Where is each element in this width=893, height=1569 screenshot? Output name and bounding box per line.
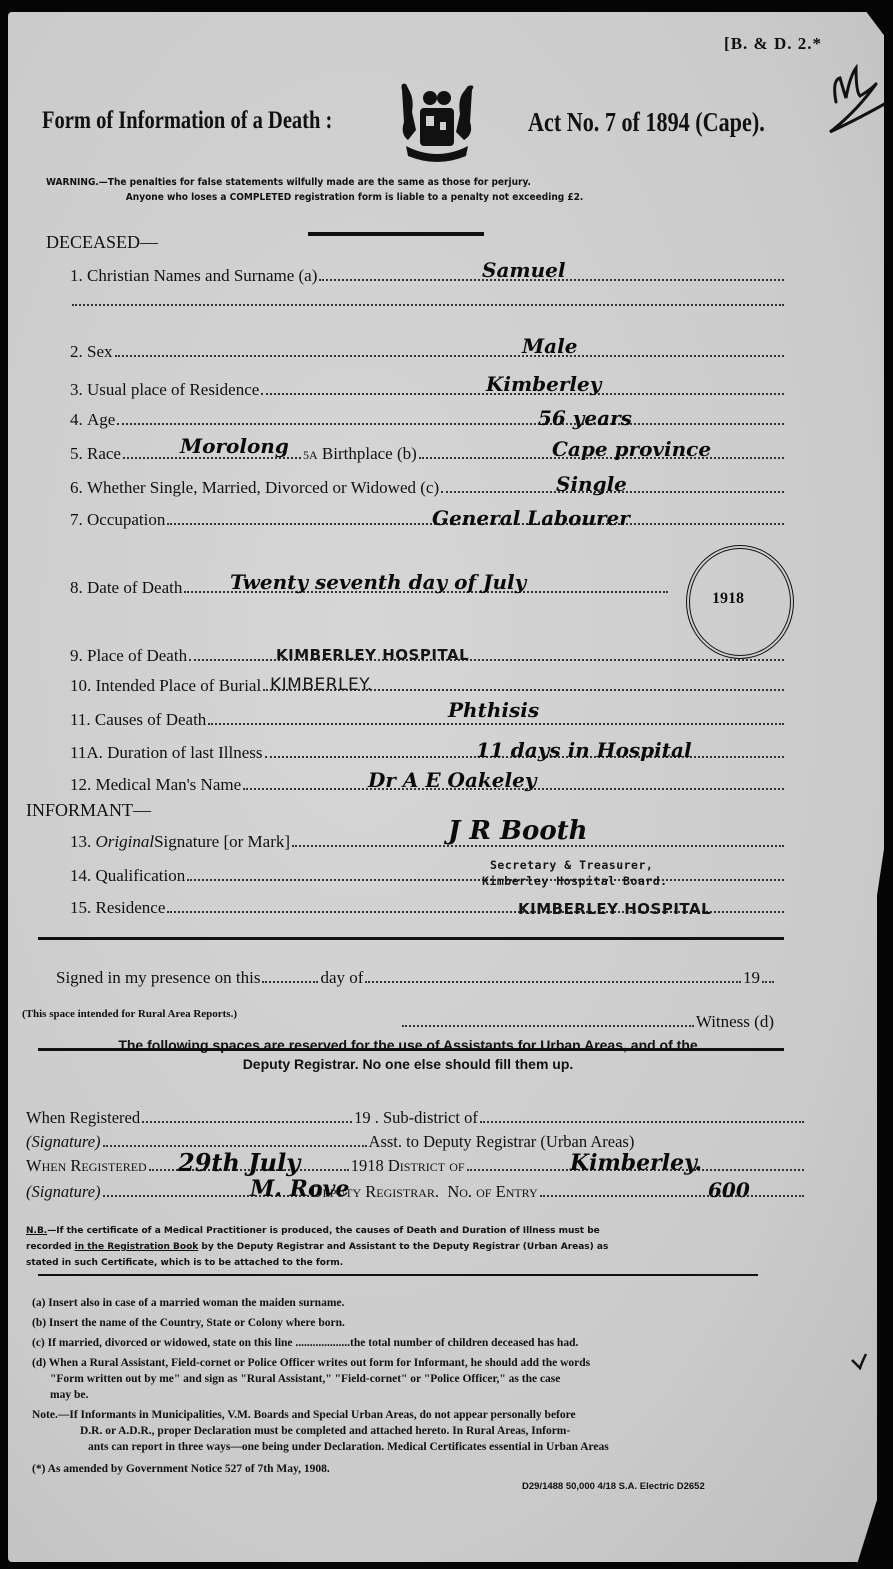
field-causes-of-death: 11. Causes of Death (70, 710, 786, 730)
form-title: Form of Information of a Death : (42, 107, 332, 135)
age-value[interactable]: 56 years (538, 406, 632, 430)
burial-place-stamp[interactable]: KIMBERLEY. (270, 675, 373, 695)
birthplace-value[interactable]: Cape province (552, 437, 711, 461)
death-form-paper: [B. & D. 2.* Form of Information of a De… (8, 12, 884, 1562)
field-occupation: 7. Occupation (70, 510, 786, 530)
rural-area-note: (This space intended for Rural Area Repo… (22, 1008, 237, 1020)
year-of-death[interactable]: 1918 (712, 590, 744, 608)
qualification-stamp-line1[interactable]: Secretary & Treasurer, (490, 858, 653, 872)
field-residence: 3. Usual place of Residence (70, 380, 786, 400)
warning-text: WARNING.—The penalties for false stateme… (46, 175, 583, 205)
registrar-signature[interactable]: M. Rove (250, 1176, 349, 1202)
divider (308, 232, 484, 236)
divider (38, 1274, 758, 1276)
entry-number-value[interactable]: 600 (708, 1178, 750, 1202)
field-marital-status: 6. Whether Single, Married, Divorced or … (70, 478, 786, 498)
act-reference: Act No. 7 of 1894 (Cape). (528, 107, 765, 138)
coat-of-arms-icon (392, 78, 482, 168)
place-of-death-stamp[interactable]: KIMBERLEY HOSPITAL (276, 646, 469, 664)
when-registered-row-1: When Registered19 . Sub-district of (26, 1108, 806, 1128)
reserved-spaces-notice: The following spaces are reserved for th… (8, 1036, 808, 1074)
footnotes: (a) Insert also in case of a married wom… (32, 1295, 792, 1481)
handwritten-initial-mark (826, 62, 892, 142)
check-mark-icon (850, 1352, 870, 1372)
occupation-value[interactable]: General Labourer (432, 506, 630, 530)
form-code: [B. & D. 2.* (724, 34, 822, 54)
assistant-signature-row: (Signature)Asst. to Deputy Registrar (Ur… (26, 1132, 806, 1152)
deputy-registrar-row: (Signature)Deputy Registrar. No. of Entr… (26, 1182, 806, 1202)
causes-of-death-value[interactable]: Phthisis (448, 698, 539, 722)
race-value[interactable]: Morolong (180, 434, 289, 458)
qualification-stamp-line2[interactable]: Kimberley Hospital Board. (482, 874, 668, 888)
signed-in-presence-line: Signed in my presence on thisday of19 (56, 968, 776, 988)
field-signature: 13. Original Signature [or Mark] (70, 832, 786, 852)
informant-residence-stamp[interactable]: KIMBERLEY HOSPITAL (518, 900, 711, 918)
year-of-death-circle: 1918 (686, 545, 794, 659)
registration-date-value[interactable]: 29th July (178, 1148, 300, 1177)
print-code: D29/1488 50,000 4/18 S.A. Electric D2652 (522, 1481, 705, 1492)
medical-man-value[interactable]: Dr A E Oakeley (368, 768, 536, 792)
witness-line: Witness (d) (400, 1012, 774, 1032)
sex-value[interactable]: Male (522, 334, 577, 358)
field-age: 4. Age (70, 410, 786, 430)
divider (38, 937, 784, 940)
deceased-name-value[interactable]: Samuel (482, 258, 565, 282)
field-name: 1. Christian Names and Surname (a) (70, 266, 786, 286)
nb-note: N.B.—If the certificate of a Medical Pra… (26, 1223, 786, 1271)
deceased-heading: DECEASED— (46, 232, 158, 253)
field-name-continued (70, 304, 786, 310)
date-of-death-value[interactable]: Twenty seventh day of July (230, 570, 526, 594)
district-value[interactable]: Kimberley. (570, 1150, 702, 1176)
informant-signature[interactable]: J R Booth (448, 816, 588, 846)
field-qualification: 14. Qualification (70, 866, 786, 886)
field-burial-place: 10. Intended Place of Burial (70, 676, 786, 696)
field-sex: 2. Sex (70, 342, 786, 362)
illness-duration-value[interactable]: 11 days in Hospital (476, 738, 692, 762)
marital-status-value[interactable]: Single (556, 472, 627, 496)
informant-heading: INFORMANT— (26, 800, 151, 821)
residence-value[interactable]: Kimberley (486, 372, 601, 396)
